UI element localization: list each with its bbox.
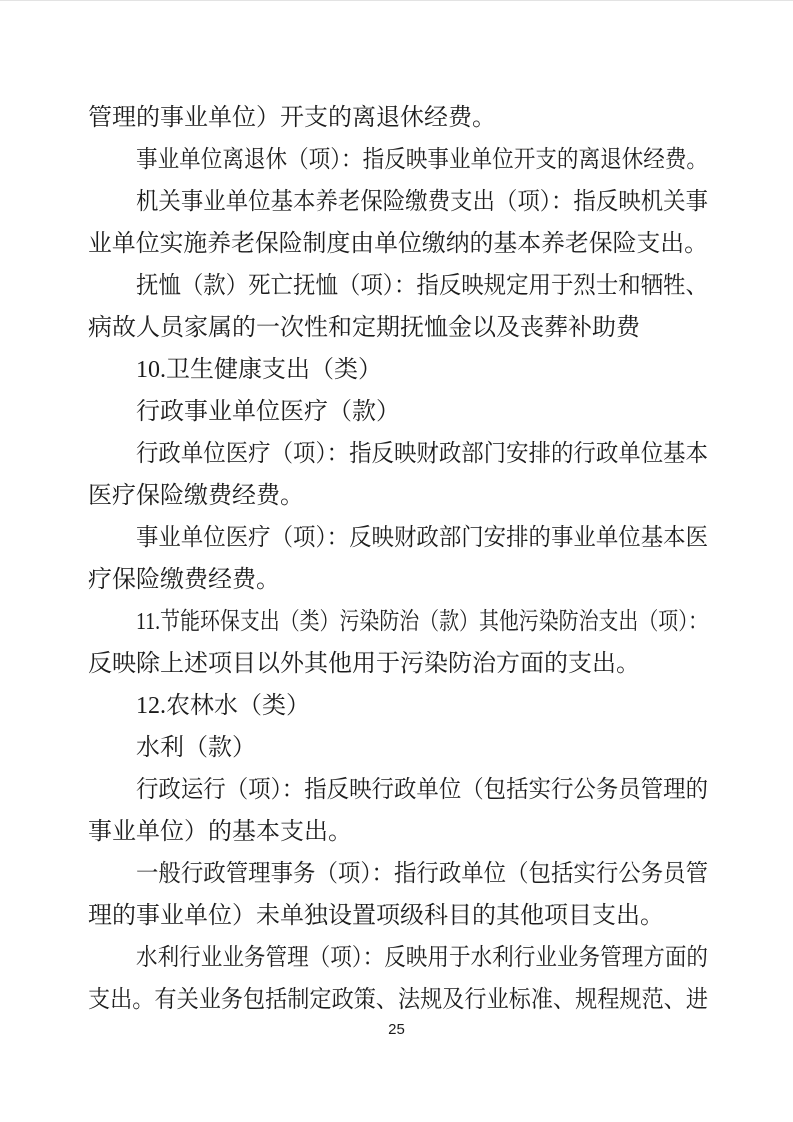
text-line: 事业单位）的基本支出。: [88, 811, 708, 853]
text-line-content: 11.节能环保支出（类）污染防治（款）其他污染防治支出（项）：: [136, 601, 708, 643]
text-line-content: 行政事业单位医疗（款）: [136, 391, 400, 433]
text-line: 反映除上述项目以外其他用于污染防治方面的支出。: [88, 643, 708, 685]
text-line: 事业单位医疗（项）：反映财政部门安排的事业单位基本医: [88, 517, 708, 559]
text-line-content: 事业单位医疗（项）：反映财政部门安排的事业单位基本医: [136, 517, 708, 559]
text-line: 行政事业单位医疗（款）: [88, 391, 708, 433]
text-line: 12.农林水（类）: [88, 685, 708, 727]
text-line: 11.节能环保支出（类）污染防治（款）其他污染防治支出（项）：: [88, 601, 708, 643]
text-line-content: 反映除上述项目以外其他用于污染防治方面的支出。: [88, 643, 640, 685]
text-line-content: 理的事业单位）未单独设置项级科目的其他项目支出。: [88, 895, 664, 937]
document-page: 管理的事业单位）开支的离退休经费。事业单位离退休（项）：指反映事业单位开支的离退…: [0, 0, 793, 1122]
text-line-content: 10.卫生健康支出（类）: [136, 349, 382, 391]
text-line-content: 医疗保险缴费经费。: [88, 475, 304, 517]
text-line: 水利行业业务管理（项）：反映用于水利行业业务管理方面的: [88, 937, 708, 979]
text-line-content: 支出。有关业务包括制定政策、法规及行业标准、规程规范、进: [88, 979, 708, 1021]
text-line: 管理的事业单位）开支的离退休经费。: [88, 97, 708, 139]
text-line-content: 业单位实施养老保险制度由单位缴纳的基本养老保险支出。: [88, 223, 708, 265]
text-line-content: 一般行政管理事务（项）：指行政单位（包括实行公务员管: [136, 853, 708, 895]
text-line-content: 事业单位离退休（项）：指反映事业单位开支的离退休经费。: [136, 139, 708, 181]
text-line: 行政单位医疗（项）：指反映财政部门安排的行政单位基本: [88, 433, 708, 475]
text-line: 支出。有关业务包括制定政策、法规及行业标准、规程规范、进: [88, 979, 708, 1021]
text-line-content: 疗保险缴费经费。: [88, 559, 280, 601]
text-line-content: 水利行业业务管理（项）：反映用于水利行业业务管理方面的: [136, 937, 708, 979]
text-line-content: 病故人员家属的一次性和定期抚恤金以及丧葬补助费: [88, 307, 640, 349]
text-line: 疗保险缴费经费。: [88, 559, 708, 601]
text-line: 业单位实施养老保险制度由单位缴纳的基本养老保险支出。: [88, 223, 708, 265]
text-line: 医疗保险缴费经费。: [88, 475, 708, 517]
text-line: 病故人员家属的一次性和定期抚恤金以及丧葬补助费: [88, 307, 708, 349]
text-line: 行政运行（项）：指反映行政单位（包括实行公务员管理的: [88, 769, 708, 811]
text-line-content: 行政单位医疗（项）：指反映财政部门安排的行政单位基本: [136, 433, 708, 475]
document-body: 管理的事业单位）开支的离退休经费。事业单位离退休（项）：指反映事业单位开支的离退…: [88, 97, 708, 1021]
text-line-content: 机关事业单位基本养老保险缴费支出（项）：指反映机关事: [136, 181, 708, 223]
text-line: 机关事业单位基本养老保险缴费支出（项）：指反映机关事: [88, 181, 708, 223]
page-number: 25: [0, 1021, 793, 1038]
text-line-content: 事业单位）的基本支出。: [88, 811, 352, 853]
text-line-content: 12.农林水（类）: [136, 685, 310, 727]
text-line-content: 行政运行（项）：指反映行政单位（包括实行公务员管理的: [136, 769, 708, 811]
text-line-content: 水利（款）: [136, 727, 256, 769]
text-line: 水利（款）: [88, 727, 708, 769]
text-line: 一般行政管理事务（项）：指行政单位（包括实行公务员管: [88, 853, 708, 895]
text-line: 事业单位离退休（项）：指反映事业单位开支的离退休经费。: [88, 139, 708, 181]
text-line-content: 管理的事业单位）开支的离退休经费。: [88, 97, 496, 139]
text-line: 抚恤（款）死亡抚恤（项）：指反映规定用于烈士和牺牲、: [88, 265, 708, 307]
text-line-content: 抚恤（款）死亡抚恤（项）：指反映规定用于烈士和牺牲、: [136, 265, 708, 307]
text-line: 10.卫生健康支出（类）: [88, 349, 708, 391]
text-line: 理的事业单位）未单独设置项级科目的其他项目支出。: [88, 895, 708, 937]
